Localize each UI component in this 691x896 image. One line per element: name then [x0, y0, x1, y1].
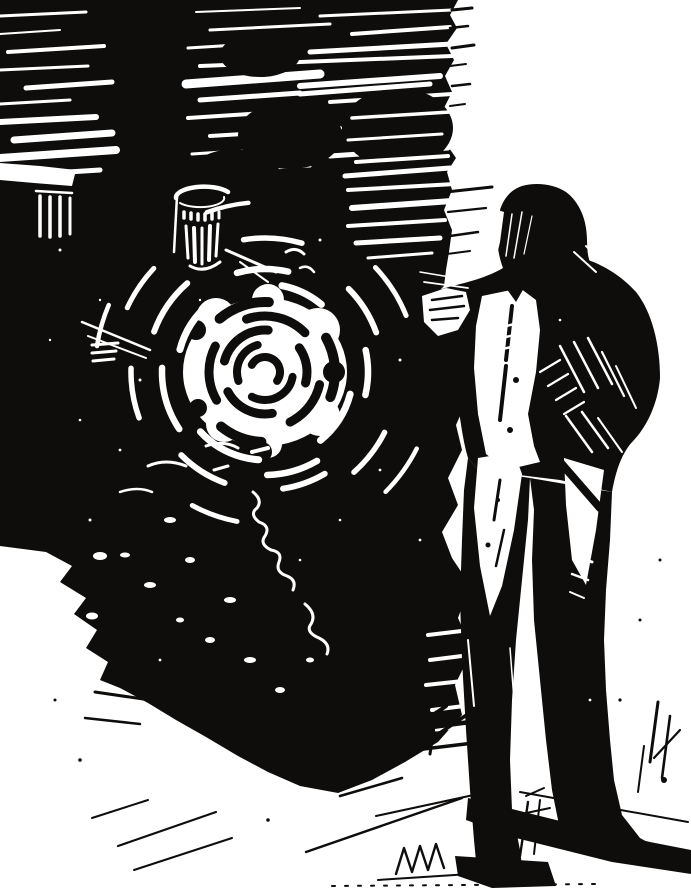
- shirt: [474, 288, 540, 470]
- illustration-canvas: A man recoils from a glowing spiral vort…: [0, 0, 691, 896]
- illustration: A man recoils from a glowing spiral vort…: [0, 0, 691, 896]
